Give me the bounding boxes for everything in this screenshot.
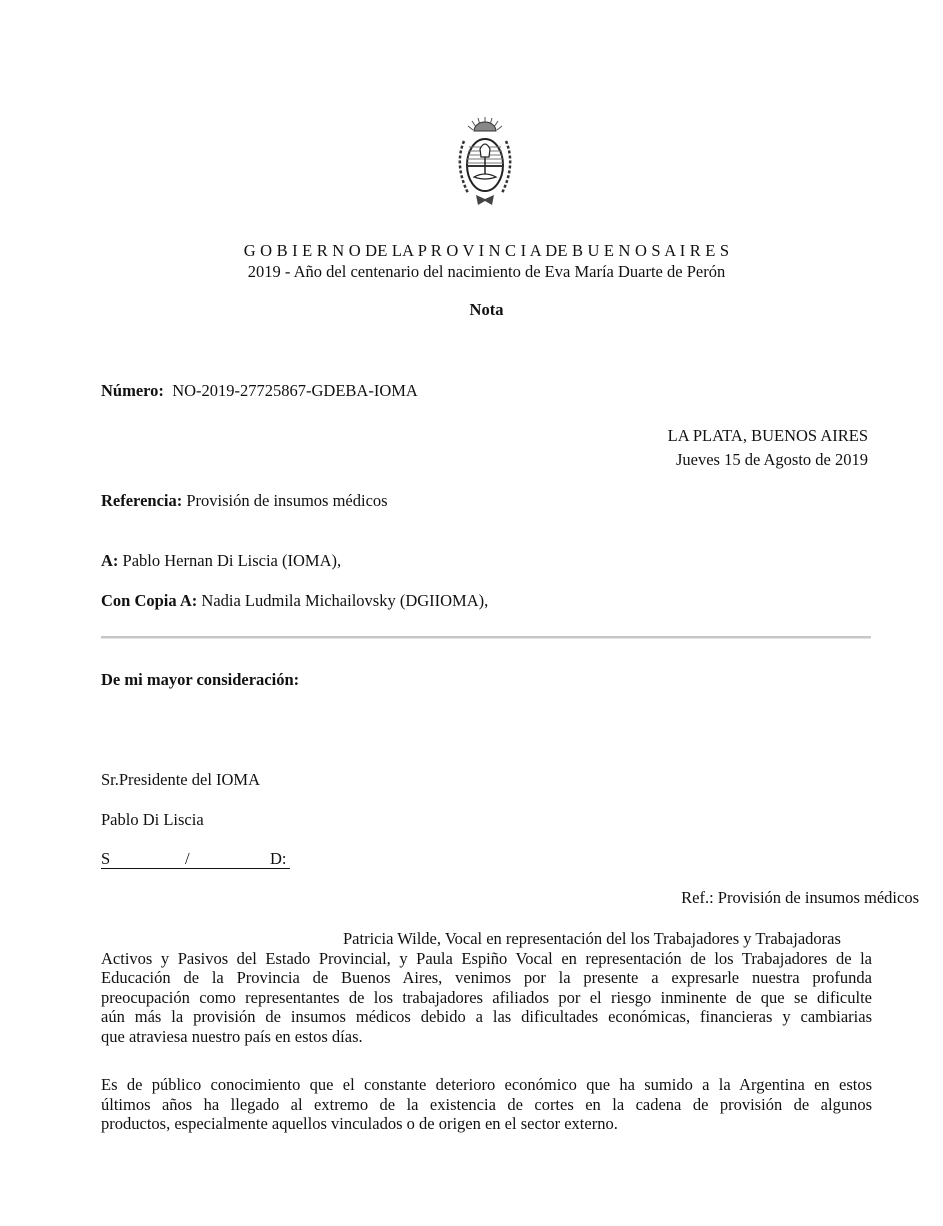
paragraph-1-line: preocupación como representantes de los … xyxy=(101,988,872,1008)
to-row: A: Pablo Hernan Di Liscia (IOMA), xyxy=(101,551,341,571)
cc-row: Con Copia A: Nadia Ludmila Michailovsky … xyxy=(101,591,488,611)
numero-row: Número: NO-2019-27725867-GDEBA-IOMA xyxy=(101,381,418,401)
argentina-coat-of-arms-icon xyxy=(452,113,518,213)
sd-s: S xyxy=(101,849,110,869)
paragraph-2: Es de público conocimiento que el consta… xyxy=(101,1075,872,1134)
place: LA PLATA, BUENOS AIRES xyxy=(668,426,868,446)
paragraph-1-line: Educación de la Provincia de Buenos Aire… xyxy=(101,968,872,988)
referencia-label: Referencia: xyxy=(101,491,182,510)
paragraph-1-line: Activos y Pasivos del Estado Provincial,… xyxy=(101,949,872,969)
addressee-title: Sr.Presidente del IOMA xyxy=(101,770,260,790)
referencia-row: Referencia: Provisión de insumos médicos xyxy=(101,491,388,511)
paragraph-2-line: Es de público conocimiento que el consta… xyxy=(101,1075,872,1095)
date: Jueves 15 de Agosto de 2019 xyxy=(676,450,868,470)
numero-label: Número: xyxy=(101,381,164,400)
document-type: Nota xyxy=(0,300,943,320)
to-label: A: xyxy=(101,551,118,570)
salutation: De mi mayor consideración: xyxy=(101,670,299,690)
year-motto: 2019 - Año del centenario del nacimiento… xyxy=(0,262,943,282)
paragraph-1-line: que atraviesa nuestro país en estos días… xyxy=(101,1027,872,1047)
sd-underline xyxy=(101,868,290,869)
ref-line: Ref.: Provisión de insumos médicos xyxy=(681,888,919,908)
to-value: Pablo Hernan Di Liscia (IOMA), xyxy=(123,551,342,570)
sd-slash: / xyxy=(185,849,190,869)
separator xyxy=(101,636,871,639)
paragraph-1: Patricia Wilde, Vocal en representación … xyxy=(101,929,872,1046)
paragraph-1-line: Patricia Wilde, Vocal en representación … xyxy=(101,929,872,949)
paragraph-1-line: aún más la provisión de insumos médicos … xyxy=(101,1007,872,1027)
cc-value: Nadia Ludmila Michailovsky (DGIIOMA), xyxy=(201,591,488,610)
sd-d: D: xyxy=(270,849,287,869)
paragraph-2-line: productos, especialmente aquellos vincul… xyxy=(101,1114,872,1134)
cc-label: Con Copia A: xyxy=(101,591,197,610)
referencia-value: Provisión de insumos médicos xyxy=(186,491,387,510)
addressee-name: Pablo Di Liscia xyxy=(101,810,204,830)
paragraph-2-line: últimos años ha llegado al extremo de la… xyxy=(101,1095,872,1115)
government-header: G O B I E R N O DE LA P R O V I N C I A … xyxy=(0,241,943,261)
numero-value: NO-2019-27725867-GDEBA-IOMA xyxy=(172,381,418,400)
